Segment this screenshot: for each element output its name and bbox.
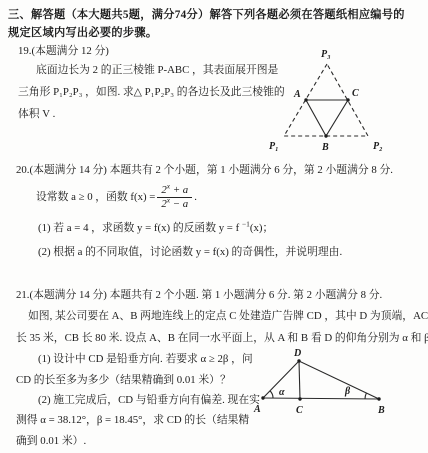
exam-paper-page: 三、解答题（本大题共5题，满分74分）解答下列各题必须在答题纸相应编号的 规定区… bbox=[0, 0, 428, 453]
vertex-dot-b bbox=[324, 134, 327, 137]
angle-label-alpha: α bbox=[279, 387, 285, 398]
figure-21-billboard-triangle: D A C B α β bbox=[250, 346, 402, 416]
angle-arc-alpha bbox=[270, 391, 273, 398]
vertex-dot-a bbox=[261, 396, 264, 399]
triangle-label-p3: P₃ bbox=[321, 49, 331, 60]
problem20-heading: 20.(本题满分 14 分) 本题共有 2 个小题，第 1 小题满分 6 分，第… bbox=[16, 163, 393, 177]
triangle-label-b: B bbox=[377, 405, 385, 416]
triangle-label-a: A bbox=[293, 89, 301, 100]
num-rest: + a bbox=[170, 184, 188, 196]
problem21-item2-line3: 确到 0.01 米）. bbox=[16, 434, 86, 448]
problem19-line3: 体积 V . bbox=[18, 107, 55, 121]
angle-arc-beta bbox=[365, 393, 366, 399]
problem20-setup: 设常数 a ≥ 0 ，函数 f(x) = 2x + a 2x − a . bbox=[36, 178, 197, 216]
item1-suffix: (x)； bbox=[250, 222, 273, 234]
triangle-label-p1: P₁ bbox=[269, 141, 279, 152]
fraction-numerator: 2x + a bbox=[157, 184, 192, 197]
problem21-item2-line1: (2) 施工完成后，CD 与铅垂方向有偏差. 现在实 bbox=[38, 393, 260, 407]
inner-triangle-abc bbox=[306, 100, 348, 136]
problem20-item2: (2) 根据 a 的不同取值，讨论函数 y = f(x) 的奇偶性，并说明理由. bbox=[38, 245, 342, 259]
problem19-line1: 底面边长为 2 的正三棱锥 P-ABC ，其表面展开图是 bbox=[36, 63, 278, 77]
section-header-line1: 三、解答题（本大题共5题，满分74分）解答下列各题必须在答题纸相应编号的 bbox=[8, 8, 405, 22]
triangle-label-a: A bbox=[253, 404, 261, 415]
problem21-line1: 如图, 某公司要在 A、B 两地连线上的定点 C 处建造广告牌 CD ，其中 D… bbox=[28, 309, 428, 323]
inverse-exponent: −1 bbox=[242, 219, 250, 228]
problem21-item1-line2: CD 的长至多为多少（结果精确到 0.01 米）？ bbox=[16, 373, 231, 387]
section-header-line2: 规定区域内写出必要的步骤。 bbox=[8, 26, 157, 40]
item1-prefix: (1) 若 a = 4 ，求函数 y = f(x) 的反函数 y = f bbox=[38, 222, 242, 234]
triangle-label-c: C bbox=[296, 405, 303, 416]
problem19-heading: 19.(本题满分 12 分) bbox=[18, 44, 109, 58]
vertex-dot-a bbox=[304, 98, 307, 101]
problem21-heading: 21.(本题满分 14 分) 本题共有 2 个小题. 第 1 小题满分 6 分.… bbox=[16, 288, 382, 302]
problem21-item1-line1: (1) 设计中 CD 是铅垂方向. 若要求 α ≥ 2β ，问 bbox=[38, 352, 253, 366]
angle-label-beta: β bbox=[344, 386, 351, 397]
setup-prefix: 设常数 a ≥ 0 ，函数 f(x) = bbox=[36, 190, 155, 204]
figure-19-triangle-net: P₃ P₁ P₂ A C B bbox=[266, 40, 392, 158]
vertex-dot-c bbox=[346, 98, 349, 101]
vertex-dot-c bbox=[298, 397, 301, 400]
fraction-denominator: 2x − a bbox=[157, 197, 192, 211]
vertical-dc bbox=[299, 361, 300, 399]
problem19-line2: 三角形 P₁P₂P₃ ，如图. 求△ P₁P₂P₃ 的各边长及此三棱锥的 bbox=[18, 85, 285, 99]
baseline-ab bbox=[263, 398, 379, 399]
problem21-item2-line2: 测得 α = 38.12°，β = 18.45°，求 CD 的长（结果精 bbox=[16, 413, 249, 427]
den-rest: − a bbox=[170, 198, 188, 210]
triangle-label-d: D bbox=[293, 348, 301, 359]
triangle-label-b: B bbox=[321, 142, 329, 153]
setup-suffix: . bbox=[194, 190, 197, 204]
triangle-label-c: C bbox=[352, 88, 359, 99]
problem21-line2: 长 35 米，CB 长 80 米. 设点 A、B 在同一水平面上，从 A 和 B… bbox=[16, 331, 428, 345]
triangle-label-p2: P₂ bbox=[373, 141, 383, 152]
vertex-dot-d bbox=[297, 359, 300, 362]
vertex-dot-b bbox=[377, 397, 380, 400]
problem20-item1: (1) 若 a = 4 ，求函数 y = f(x) 的反函数 y = f −1(… bbox=[38, 221, 273, 235]
fraction: 2x + a 2x − a bbox=[157, 184, 192, 211]
